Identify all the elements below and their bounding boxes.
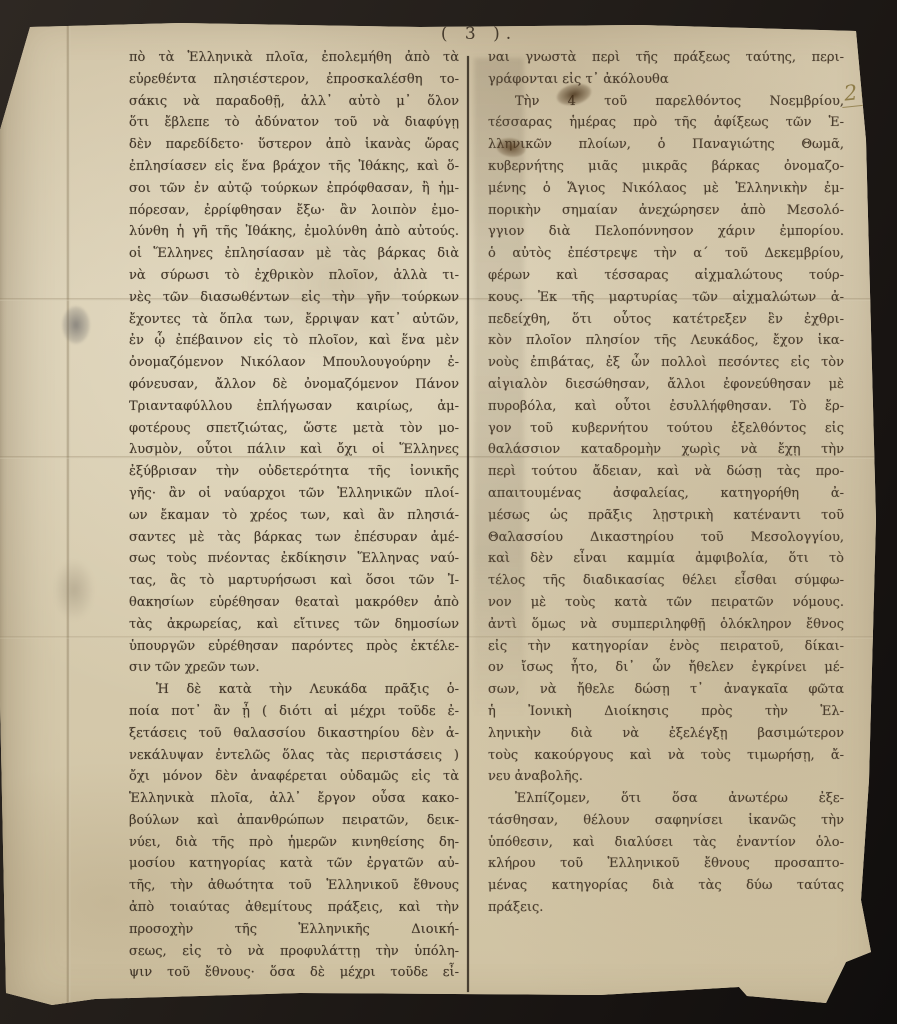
text-line: απαιτουμένας ἀσφαλείας, κατηγορήθη ἀ-: [488, 483, 844, 505]
text-line: ὅτι ἔβλεπε τὸ ἀδύνατον τοῦ νὰ διαφύγῃ: [129, 112, 459, 134]
text-line: καὶ δὲν εἶναι καμμία ἀμφιβολία, ὅτι τὸ: [488, 548, 844, 570]
text-line: μοσίου κατηγορίας κατὰ τῶν ἐργατῶν αὐ-: [129, 853, 459, 875]
text-line: πυροβόλα, καὶ οὗτοι ἐσυλλήφθησαν. Τὸ ἔρ-: [488, 396, 844, 418]
text-line: τέσσαρας ἡμέρας πρὸ τῆς ἀφίξεως τῶν Ἑ-: [488, 112, 844, 134]
text-line: ἔχοντες τὰ ὅπλα των, ἔρριψαν κατ᾽ αὐτῶν,: [129, 309, 459, 331]
text-line: ξετάσεις τοῦ θαλασσίου δικαστηρίου δὲν ἀ…: [129, 723, 459, 745]
text-line: νοὺς ἐπιβάτας, ἐξ ὧν πολλοὶ πεσόντες εἰς…: [488, 352, 844, 374]
text-line: Ἑλληνικὰ πλοῖα, ἀλλ᾽ ἔργον οὖσα κακο-: [129, 788, 459, 810]
text-line: ὀνομαζόμενον Νικόλαον Μπουλουγούρην ἐ-: [129, 352, 459, 374]
text-line: περὶ τούτου ἄδειαν, καὶ νὰ δώσῃ τὰς προ-: [488, 461, 844, 483]
text-line: ἐξύβρισαν τὴν οὐδετερότητα τῆς ἰονικῆς: [129, 461, 459, 483]
text-line: ὁ αὐτὸς ἐπέστρεψε τὴν α´ τοῦ Δεκεμβρίου,: [488, 243, 844, 265]
text-line: Θαλασσίου Δικαστηρίου τοῦ Μεσολογγίου,: [488, 527, 844, 549]
paper-stain: [54, 560, 94, 620]
text-line: κλήρου τοῦ Ἑλληνικοῦ ἔθνους προσαπτο-: [488, 853, 844, 875]
text-line: σοι τῶν ἐν αὐτῷ τούρκων ἐπρόφθασαν, ἢ ἠμ…: [129, 178, 459, 200]
text-line: ἀντὶ ὅμως νὰ συμπεριληφθῇ ὁλόκληρον ἔθνο…: [488, 614, 844, 636]
text-line: εὑρεθέντα πλησιέστερον, ἐπροσκαλέσθη το-: [129, 69, 459, 91]
text-line: θαλάσσιον καταδρομὴν χωρὶς νὰ ἔχῃ τὴν: [488, 439, 844, 461]
right-column: ναι γνωστὰ περὶ τῆς πράξεως ταύτης, περι…: [488, 47, 844, 919]
paragraph: Ἐλπίζομεν, ὅτι ὅσα ἀνωτέρω ἐξε-τάσθησαν,…: [488, 788, 844, 919]
text-line: ἐπλησίασεν εἰς ἕνα βράχον τῆς Ἰθάκης, κα…: [129, 156, 459, 178]
text-line: νὲς τῶν διασωθέντων εἰς τὴν γῆν τούρκων: [129, 287, 459, 309]
text-line: πορικὴν σημαίαν ἀνεχώρησεν ἀπὸ Μεσολό-: [488, 200, 844, 222]
text-line: τῆς, τὴν ἀθωότητα τοῦ Ἑλληνικοῦ ἔθνους: [129, 875, 459, 897]
text-line: ποία ποτ᾽ ἂν ᾖ ( διότι αἱ μέχρι τοῦδε ἐ-: [129, 701, 459, 723]
text-line: κους. Ἐκ τῆς μαρτυρίας τῶν αἰχμαλώτων ἀ-: [488, 287, 844, 309]
text-line: ἐν ᾧ ἐπέβαινον εἰς τὸ πλοῖον, καὶ ἕνα μὲ…: [129, 330, 459, 352]
text-line: τέλος τῆς διαδικασίας θέλει εἶσθαι σύμφω…: [488, 570, 844, 592]
text-line: γῆς· ἂν οἱ ναύαρχοι τῶν Ἑλληνικῶν πλοί-: [129, 483, 459, 505]
text-line: πεδείχθη, ὅτι οὗτος κατέτρεξεν ἓν ἐχθρι-: [488, 309, 844, 331]
text-line: τάσθησαν, θέλουν σαφηνίσει ἱκανῶς τὴν: [488, 810, 844, 832]
paragraph: πὸ τὰ Ἑλληνικὰ πλοῖα, ἐπολεμήθη ἀπὸ τὰεὑ…: [129, 47, 459, 679]
text-line: μένης ὁ Ἅγιος Νικόλαος μὲ Ἑλληνικὴν ἐμ-: [488, 178, 844, 200]
left-column: πὸ τὰ Ἑλληνικὰ πλοῖα, ἐπολεμήθη ἀπὸ τὰεὑ…: [129, 47, 459, 984]
text-line: λυσμὸν, οὗτοι πάλιν καὶ ὄχι οἱ Ἕλληνες: [129, 439, 459, 461]
text-line: σεως, εἰς τὸ νὰ προφυλάττῃ τὴν ὑπόλη-: [129, 941, 459, 963]
text-line: ὄχι μόνον δὲν ἀναφέρεται οὐδαμῶς εἰς τὰ: [129, 766, 459, 788]
text-line: βούλων καὶ ἀπανθρώπων πειρατῶν, δεικ-: [129, 810, 459, 832]
text-line: μένας κατηγορίας διὰ τὰς δύω ταύτας: [488, 875, 844, 897]
text-line: σως τοὺς πνέοντας ἐκδίκησιν Ἕλληνας ναύ-: [129, 548, 459, 570]
text-line: νύει, διὰ τῆς πρὸ ἡμερῶν κινηθείσης δη-: [129, 832, 459, 854]
text-line: ἡ Ἰονικὴ Διοίκησις πρὸς τὴν Ἑλ-: [488, 701, 844, 723]
text-line: πόρεσαν, ἐρρίφθησαν ἔξω· ἂν λοιπὸν ἐμο-: [129, 200, 459, 222]
text-line: ληνικὴν διὰ νὰ ἐξελέγξῃ βασιμώτερον: [488, 723, 844, 745]
text-line: νὰ σύρωσι τὸ ἐχθρικὸν πλοῖον, ἀλλὰ τι-: [129, 265, 459, 287]
text-line: νευ ἀναβολῆς.: [488, 766, 844, 788]
text-line: τοὺς κακούργους καὶ νὰ τοὺς τιμωρήσῃ, ἄ-: [488, 745, 844, 767]
text-line: γράφονται εἰς τ᾽ ἀκόλουθα: [488, 69, 844, 91]
text-line: σιν τῶν χρεῶν των.: [129, 657, 459, 679]
paragraph: ναι γνωστὰ περὶ τῆς πράξεως ταύτης, περι…: [488, 47, 844, 91]
fold-crease-vertical: [66, 24, 71, 1004]
text-line: θακησίων εὑρέθησαν θεαταὶ μακρόθεν ἀπὸ: [129, 592, 459, 614]
text-line: προσοχὴν τῆς Ἑλληνικῆς Διοική-: [129, 919, 459, 941]
text-line: γγιον διὰ Πελοπόννησον χάριν ἐμπορίου.: [488, 221, 844, 243]
page-number: ( 3 ).: [436, 24, 522, 44]
text-line: σαντες μὲ τὰς βάρκας των ἐπέσυραν ἀμέ-: [129, 527, 459, 549]
text-line: φόνευσαν, ἄλλον δὲ ὀνομαζόμενον Πάνον: [129, 374, 459, 396]
text-line: Τὴν 4 τοῦ παρελθόντος Νοεμβρίου,: [488, 91, 844, 113]
paragraph: Ἡ δὲ κατὰ τὴν Λευκάδα πρᾶξις ὁ-ποία ποτ᾽…: [129, 679, 459, 984]
scanned-page: ( 3 ). πὸ τὰ Ἑλληνικὰ πλοῖα, ἐπολεμήθη ἀ…: [0, 0, 897, 1024]
text-line: ὑπουργῶν εὑρέθησαν παρόντες πρὸς ἐκτέλε-: [129, 636, 459, 658]
text-line: τας, ἂς τὸ μαρτυρήσωσι καὶ ὅσοι τῶν Ἰ-: [129, 570, 459, 592]
text-line: κυβερνήτης μιᾶς μικρᾶς βάρκας ὀνομαζο-: [488, 156, 844, 178]
text-line: κὸν πλοῖον πλησίον τῆς Λευκάδος, ἔχον ἱκ…: [488, 330, 844, 352]
text-line: ὑπόθεσιν, καὶ διαλύσει τὰς ἐναντίον ὁλο-: [488, 832, 844, 854]
text-line: πὸ τὰ Ἑλληνικὰ πλοῖα, ἐπολεμήθη ἀπὸ τὰ: [129, 47, 459, 69]
text-line: αἰγιαλὸν διεσώθησαν, ἄλλοι ἐφονεύθησαν μ…: [488, 374, 844, 396]
text-line: λύνθη ἡ γῆ τῆς Ἰθάκης, ἐμολύνθη ἀπὸ αὐτο…: [129, 221, 459, 243]
text-line: τὰς ἀκρωρείας, καὶ εἴτινες τῶν δημοσίων: [129, 614, 459, 636]
text-line: σάκις νὰ παραδοθῇ, ἀλλ᾽ αὐτὸ μ᾽ ὅλον: [129, 91, 459, 113]
text-line: φέρων καὶ τέσσαρας αἰχμαλώτους τούρ-: [488, 265, 844, 287]
text-line: Ἡ δὲ κατὰ τὴν Λευκάδα πρᾶξις ὁ-: [129, 679, 459, 701]
text-line: οἱ Ἕλληνες ἐπλησίασαν μὲ τὰς βάρκας διὰ: [129, 243, 459, 265]
text-line: σων, νὰ ἤθελε δώσῃ τ᾽ ἀναγκαῖα φῶτα: [488, 679, 844, 701]
text-line: μέσως ὡς πρᾶξις λῃστρικὴ κατέναντι τοῦ: [488, 505, 844, 527]
text-line: ἀπὸ τοιαύτας ἀθεμίτους πράξεις, καὶ τὴν: [129, 897, 459, 919]
text-line: γον τοῦ κυβερνήτου τούτου ἐξελθόντος εἰς: [488, 418, 844, 440]
text-line: λληνικῶν πλοίων, ὁ Παναγιώτης Θωμᾶ,: [488, 134, 844, 156]
text-line: ον ἴσως ἦτο, δι᾽ ὧν ἤθελεν ἐγκρίνει μέ-: [488, 657, 844, 679]
paper-sheet: ( 3 ). πὸ τὰ Ἑλληνικὰ πλοῖα, ἐπολεμήθη ἀ…: [0, 0, 897, 1024]
text-line: Ἐλπίζομεν, ὅτι ὅσα ἀνωτέρω ἐξε-: [488, 788, 844, 810]
handwritten-annotation: 26: [840, 78, 881, 108]
text-line: ψιν τοῦ ἔθνους· ὅσα δὲ μέχρι τοῦδε εἶ-: [129, 962, 459, 984]
text-line: ων ἔκαμαν τὸ χρέος των, καὶ ἂν πλησιά-: [129, 505, 459, 527]
text-line: φοτέρους σπετζιώτας, ὥστε μετὰ τὸν μο-: [129, 418, 459, 440]
text-line: νεκάλυψαν ἐντελῶς ὅλας τὰς περιστάσεις ): [129, 745, 459, 767]
column-divider-rule: [467, 56, 469, 992]
text-line: Τριανταφύλλου ἐπλήγωσαν καιρίως, ἀμ-: [129, 396, 459, 418]
text-line: δὲν παρεδίδετο· ὕστερον ἀπὸ ἱκανὰς ὥρας: [129, 134, 459, 156]
text-line: πράξεις.: [488, 897, 844, 919]
text-line: νον μὲ τοὺς κατὰ τῶν πειρατῶν νόμους.: [488, 592, 844, 614]
paragraph: Τὴν 4 τοῦ παρελθόντος Νοεμβρίου,τέσσαρας…: [488, 91, 844, 789]
text-line: ναι γνωστὰ περὶ τῆς πράξεως ταύτης, περι…: [488, 47, 844, 69]
text-line: εἰς τὴν κατηγορίαν ἑνὸς πειρατοῦ, δίκαι-: [488, 636, 844, 658]
